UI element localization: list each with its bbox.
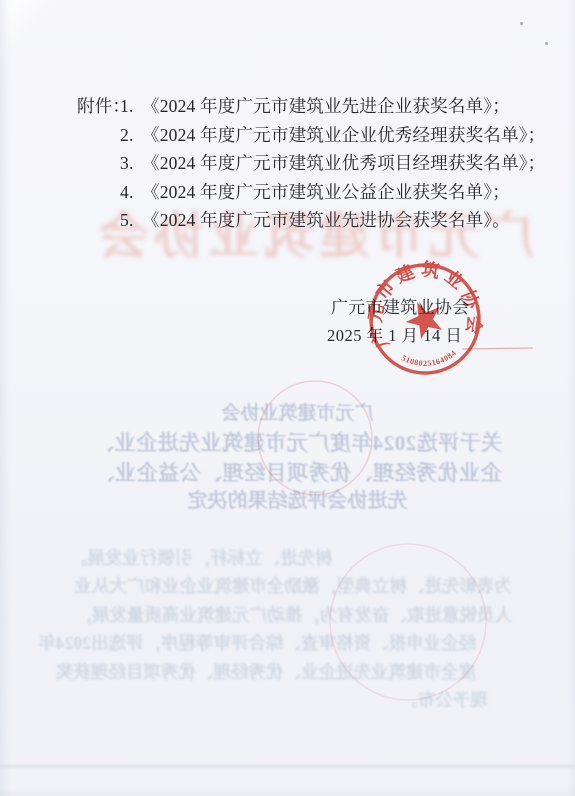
attachment-title: 《2024 年度广元市建筑业先进协会获奖名单》。 — [142, 206, 510, 235]
scanned-document-page: 广元市建筑业协会 广元市建筑业协会 关于评选2024年度广元市建筑业先进企业、 … — [0, 0, 575, 796]
attachment-number: 2. — [120, 121, 142, 150]
attachment-list: 附件： 1. 《2024 年度广元市建筑业先进企业获奖名单》； 2. 《2024… — [77, 92, 537, 235]
bleedthrough-body-line: 度全市建筑业先进企业、优秀经理、优秀项目经理获奖 — [70, 658, 512, 686]
attachment-row: 4. 《2024 年度广元市建筑业公益企业获奖名单》； — [120, 178, 537, 207]
scan-speck — [520, 22, 523, 25]
paper-crease — [0, 763, 575, 770]
attachment-row: 3. 《2024 年度广元市建筑业优秀项目经理获奖名单》； — [120, 149, 537, 178]
bleedthrough-title-block: 广元市建筑业协会 关于评选2024年度广元市建筑业先进企业、 企业优秀经理、优秀… — [70, 399, 525, 515]
bleedthrough-body-line: 为表彰先进、树立典型，激励全市建筑业企业和广大从业 — [70, 572, 512, 600]
attachment-title: 《2024 年度广元市建筑业先进企业获奖名单》； — [142, 92, 510, 121]
seal-star-icon — [400, 295, 448, 342]
attachment-number: 5. — [120, 206, 142, 235]
attachment-row: 5. 《2024 年度广元市建筑业先进协会获奖名单》。 — [120, 206, 537, 235]
bleedthrough-body-line: 现予公布。 — [70, 686, 512, 714]
attachment-row: 2. 《2024 年度广元市建筑业企业优秀经理获奖名单》； — [120, 121, 537, 150]
attachment-number: 4. — [120, 178, 142, 207]
attachment-number: 1. — [120, 92, 142, 121]
bleedthrough-body-line: 树先进、立标杆，引领行业发展。 — [70, 544, 512, 572]
seal-ring-text: 广元市建筑业协会 — [360, 254, 488, 352]
bleedthrough-body-line: 经企业申报、资格审查、综合评审等程序，评选出2024年 — [70, 629, 512, 657]
attachment-number: 3. — [120, 149, 142, 178]
bleedthrough-title-line: 广元市建筑业协会 — [70, 399, 525, 428]
bleedthrough-title-line: 企业优秀经理、优秀项目经理、公益企业、 — [70, 458, 525, 488]
attachment-title: 《2024 年度广元市建筑业公益企业获奖名单》； — [142, 178, 510, 207]
bleedthrough-title-line: 先进协会评选结果的决定 — [70, 488, 525, 515]
attachment-label: 附件： — [77, 92, 120, 121]
scan-speck — [545, 42, 548, 45]
bleedthrough-body-block: 树先进、立标杆，引领行业发展。 为表彰先进、树立典型，激励全市建筑业企业和广大从… — [70, 544, 512, 714]
bleedthrough-title-line: 关于评选2024年度广元市建筑业先进企业、 — [70, 428, 525, 458]
attachment-title: 《2024 年度广元市建筑业企业优秀经理获奖名单》； — [142, 121, 545, 150]
official-seal: 广元市建筑业协会 5108025164084 — [360, 254, 490, 384]
attachment-title: 《2024 年度广元市建筑业优秀项目经理获奖名单》； — [142, 149, 545, 178]
bleedthrough-body-line: 人员锐意进取、奋发有为，推动广元建筑业高质量发展， — [70, 601, 512, 629]
attachment-row: 附件： 1. 《2024 年度广元市建筑业先进企业获奖名单》； — [77, 92, 537, 121]
